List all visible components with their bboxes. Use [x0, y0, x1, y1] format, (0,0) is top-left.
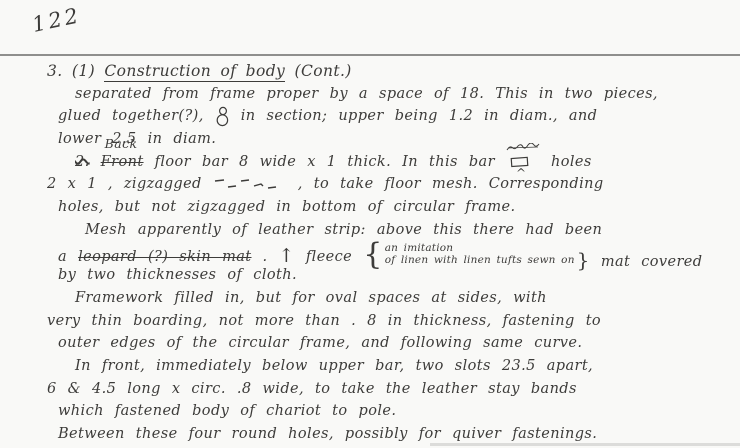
- line-text: very thin boarding, not more than . 8 in…: [47, 313, 601, 329]
- line-text: by two thicknesses of cloth.: [58, 267, 297, 283]
- caret-mark: ^: [516, 162, 526, 185]
- manuscript-content: 3. (1) Construction of body (Cont.) sepa…: [45, 60, 734, 446]
- line-text: Framework filled in, but for oval spaces…: [75, 290, 547, 306]
- insertion-arrow-icon: ↑: [279, 245, 295, 267]
- section-heading: 3. (1) Construction of body (Cont.): [45, 60, 734, 83]
- line-text: in section; upper being 1.2 in diam., an…: [241, 108, 598, 124]
- manuscript-line: 2 x 1 , zigzagged , to take floor mesh. …: [45, 173, 734, 196]
- inserted-word-back: Back: [105, 138, 138, 150]
- paragraph-separated-from-frame: separated from frame proper by a space o…: [45, 83, 734, 151]
- zigzag-dashes-sketch: [213, 177, 287, 191]
- scribbled-word: [506, 143, 540, 153]
- line-text: Between these four round holes, possibly…: [58, 426, 597, 442]
- heading-suffix: (Cont.): [295, 62, 352, 80]
- manuscript-line: outer edges of the circular frame, and f…: [45, 332, 734, 355]
- paragraph-framework: Framework filled in, but for oval spaces…: [45, 287, 734, 355]
- figure-eight-section-sketch: [215, 106, 230, 127]
- marginal-note: an imitation of linen with linen tufts s…: [385, 243, 575, 266]
- line-text: In front, immediately below upper bar, t…: [75, 358, 593, 374]
- line-text: holes: [551, 154, 592, 170]
- paragraph-floor-bar: 2. BackFront floor bar 8 wide x 1 thick.…: [45, 151, 734, 219]
- line-text: fleece: [306, 249, 352, 265]
- paragraph-slots: In front, immediately below upper bar, t…: [45, 355, 734, 423]
- manuscript-line: Framework filled in, but for oval spaces…: [45, 287, 734, 310]
- opening-brace: {: [363, 240, 383, 270]
- manuscript-line: which fastened body of chariot to pole.: [45, 400, 734, 423]
- manuscript-line: 6 & 4.5 long x circ. .8 wide, to take th…: [45, 378, 734, 401]
- paragraph-mesh: Mesh apparently of leather strip: above …: [45, 219, 734, 287]
- manuscript-line: separated from frame proper by a space o…: [45, 83, 734, 106]
- hole-shape-annotation: ^: [508, 155, 538, 169]
- manuscript-line: 2. BackFront floor bar 8 wide x 1 thick.…: [45, 151, 734, 174]
- manuscript-line: glued together(?), in section; upper bei…: [45, 105, 734, 128]
- line-text: .: [263, 249, 268, 265]
- line-text: floor bar 8 wide x 1 thick. In this bar: [155, 154, 495, 170]
- line-text: a: [58, 249, 67, 265]
- line-text: 2 x 1 , zigzagged: [47, 176, 202, 192]
- note-line: an imitation: [385, 243, 575, 255]
- ruled-line: [0, 54, 740, 56]
- manuscript-line: holes, but not zigzagged in bottom of ci…: [45, 196, 734, 219]
- line-text: holes, but not zigzagged in bottom of ci…: [58, 199, 516, 215]
- manuscript-line: lower 2.5 in diam.: [45, 128, 734, 151]
- deleted-word-front: Front: [101, 154, 144, 170]
- manuscript-line: a leopard (?) skin mat . ↑ fleece { an i…: [45, 242, 734, 265]
- deleted-phrase-leopard-skin-mat: leopard (?) skin mat: [78, 249, 251, 265]
- heading-title: Construction of body: [104, 62, 285, 82]
- manuscript-line: In front, immediately below upper bar, t…: [45, 355, 734, 378]
- note-line: of linen with linen tufts sewn on: [385, 255, 575, 267]
- closing-brace: }: [577, 250, 590, 270]
- manuscript-line: Mesh apparently of leather strip: above …: [45, 219, 734, 242]
- line-text: separated from frame proper by a space o…: [75, 86, 658, 102]
- manuscript-page: 122 3. (1) Construction of body (Cont.) …: [0, 0, 740, 448]
- line-text: outer edges of the circular frame, and f…: [58, 335, 582, 351]
- manuscript-line: very thin boarding, not more than . 8 in…: [45, 310, 734, 333]
- scan-artifact-line: [430, 443, 740, 446]
- line-text: 6 & 4.5 long x circ. .8 wide, to take th…: [47, 381, 577, 397]
- heading-number: 3. (1): [47, 62, 95, 80]
- line-text: which fastened body of chariot to pole.: [58, 403, 396, 419]
- line-text: mat covered: [601, 254, 703, 270]
- page-number: 122: [30, 3, 83, 37]
- correction-front-to-back: BackFront: [101, 151, 144, 174]
- marginal-note-group: { an imitation of linen with linen tufts…: [363, 240, 590, 270]
- line-text: Mesh apparently of leather strip: above …: [85, 222, 602, 238]
- deleted-number: 2.: [75, 154, 90, 170]
- line-text: glued together(?),: [58, 108, 204, 124]
- line-text: , to take floor mesh. Corresponding: [298, 176, 604, 192]
